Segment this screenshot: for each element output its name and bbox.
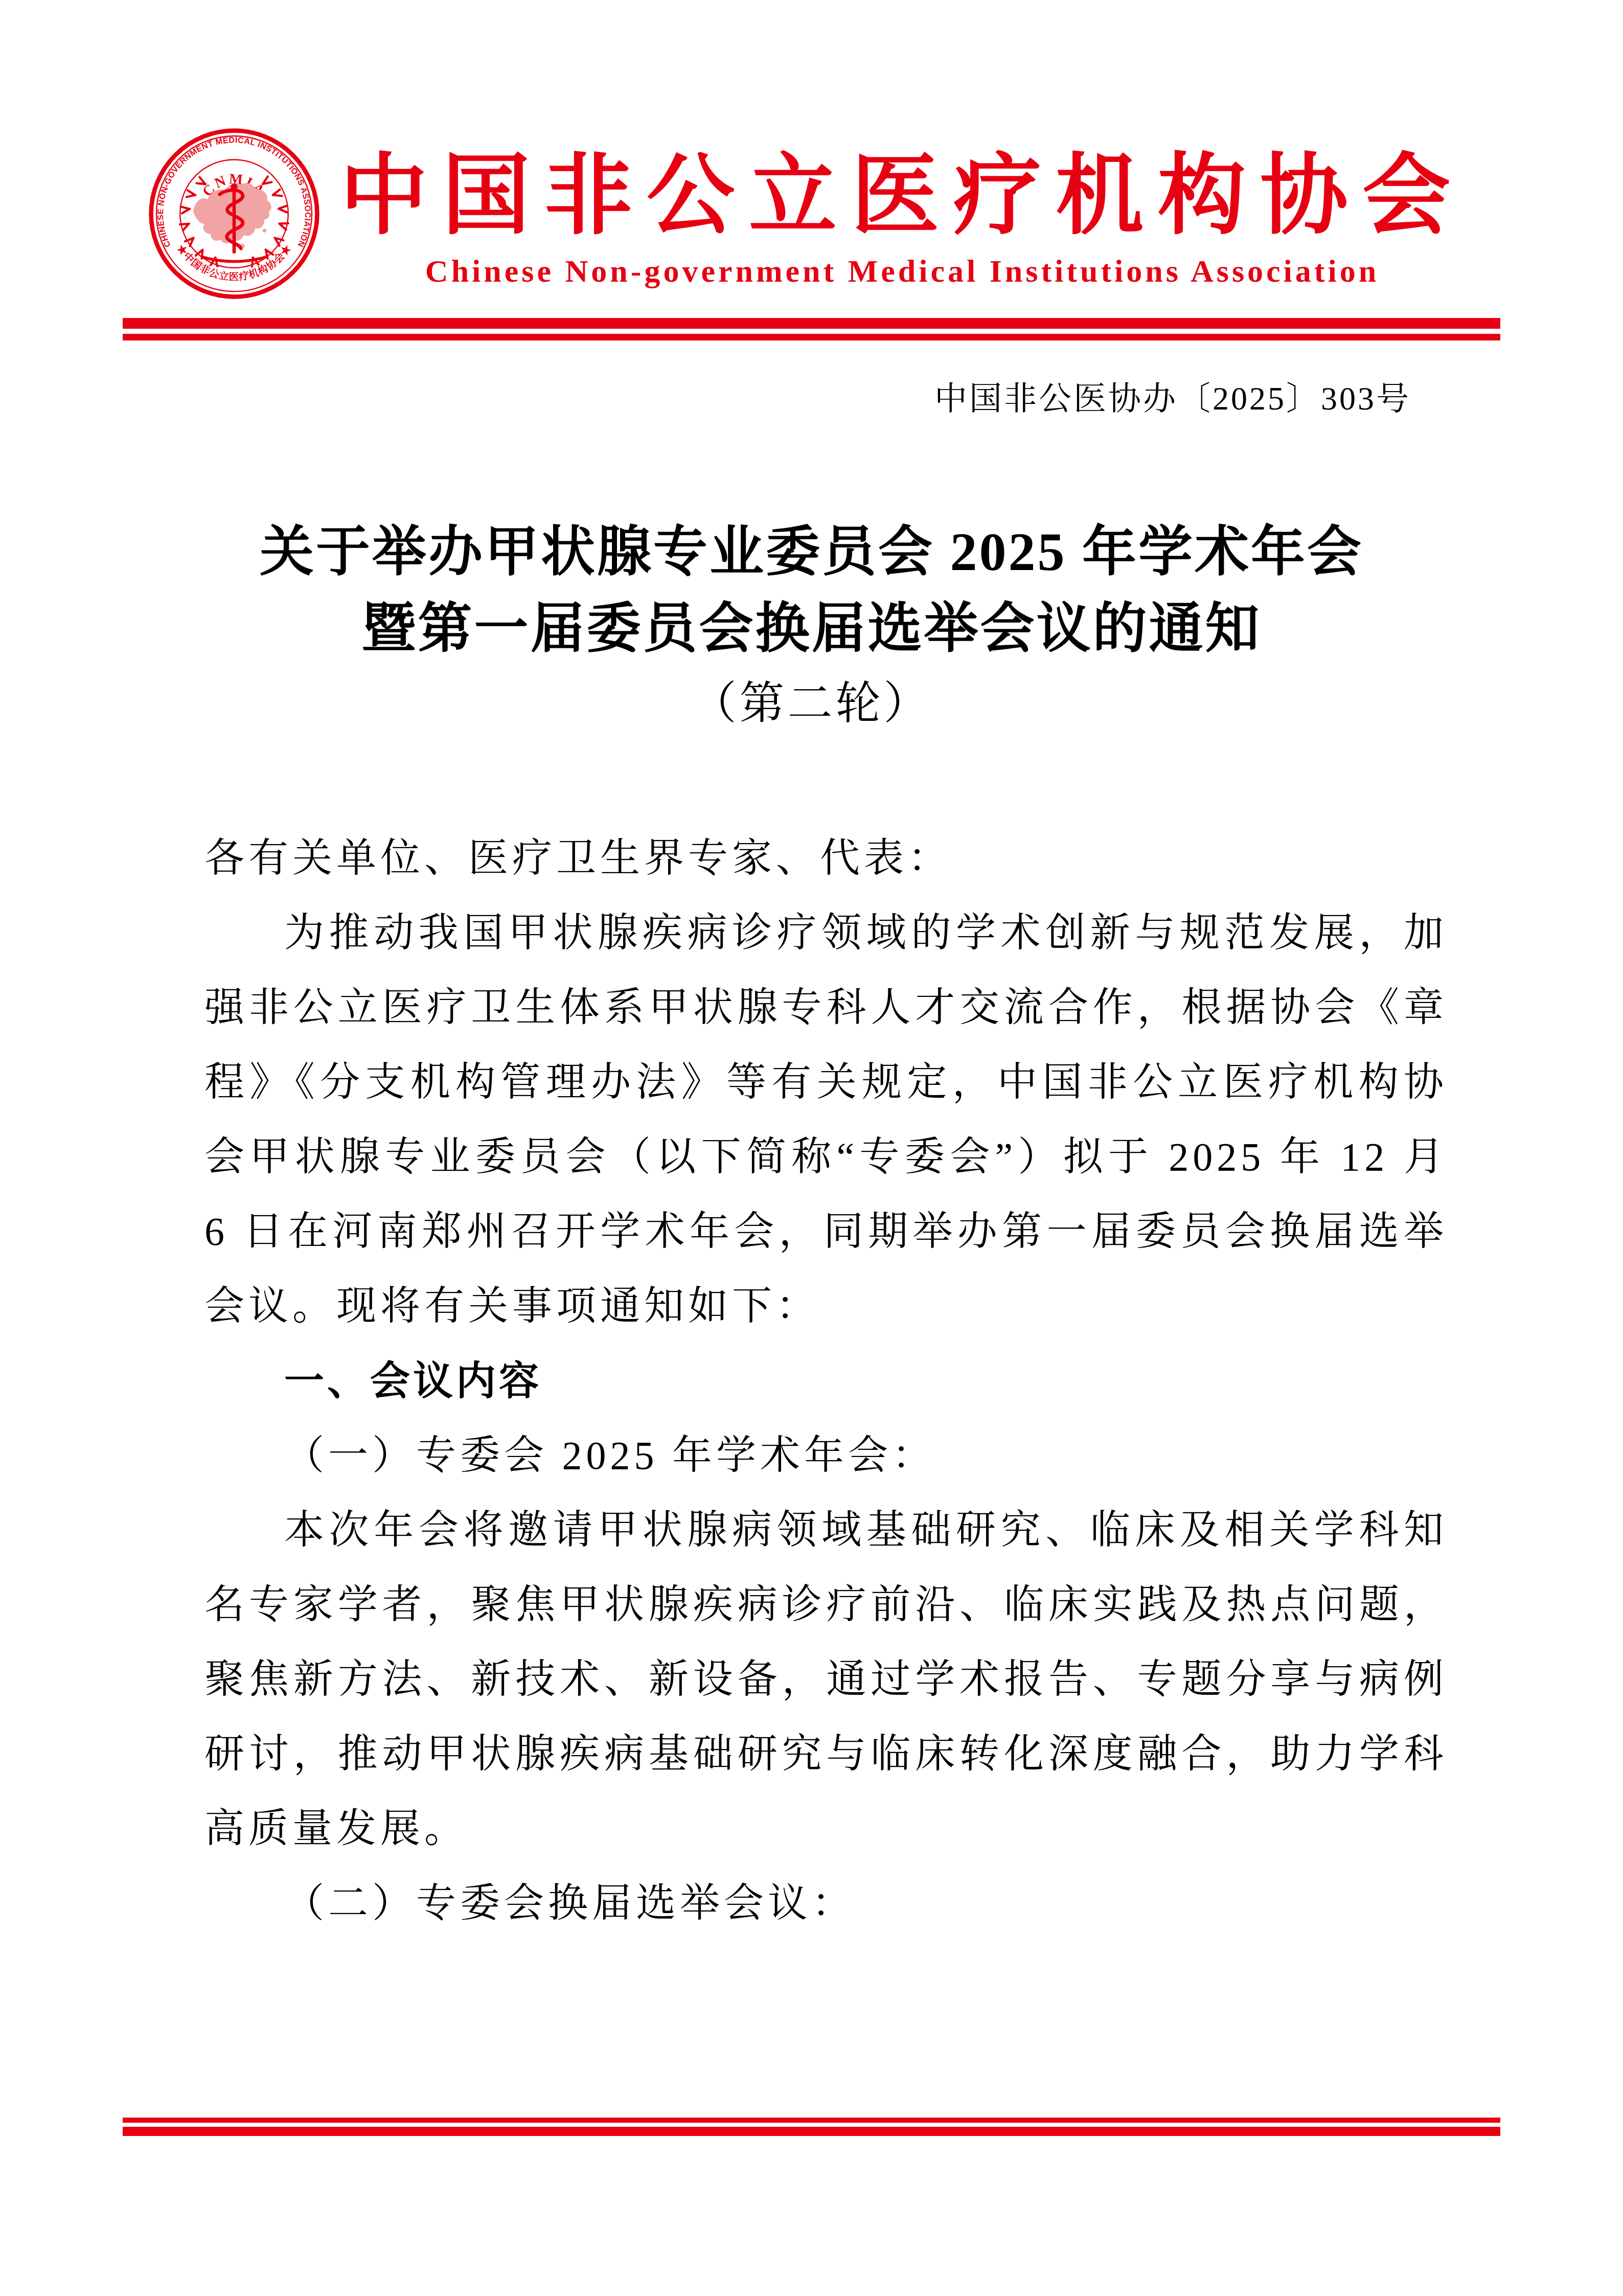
document-title: 关于举办甲状腺专业委员会 2025 年学术年会 暨第一届委员会换届选举会议的通知… bbox=[0, 514, 1623, 735]
bottom-rule-thin bbox=[123, 2118, 1500, 2123]
document-number: 中国非公医协办〔2025〕303号 bbox=[934, 379, 1411, 419]
section-heading-1: 一、会议内容 bbox=[204, 1344, 1448, 1418]
association-name-cn: 中国非公立医疗机构协会 bbox=[322, 152, 1482, 240]
item-1-body: 本次年会将邀请甲状腺病领域基础研究、临床及相关学科知名专家学者，聚焦甲状腺疾病诊… bbox=[204, 1493, 1448, 1866]
top-rule-thick bbox=[123, 318, 1500, 329]
association-seal-logo: CHINESE NON-GOVERNMENT MEDICAL INSTITUTI… bbox=[147, 127, 321, 301]
salutation: 各有关单位、医疗卫生界专家、代表： bbox=[204, 821, 1448, 896]
document-title-line1: 关于举办甲状腺专业委员会 2025 年学术年会 bbox=[0, 514, 1623, 590]
masthead: 中国非公立医疗机构协会 Chinese Non-government Medic… bbox=[322, 152, 1482, 287]
bottom-rule-thick bbox=[123, 2127, 1500, 2136]
item-2-heading: （二）专委会换届选举会议： bbox=[204, 1866, 1448, 1941]
document-title-line2: 暨第一届委员会换届选举会议的通知 bbox=[0, 590, 1623, 667]
paragraph-intro: 为推动我国甲状腺疾病诊疗领域的学术创新与规范发展，加强非公立医疗卫生体系甲状腺专… bbox=[204, 896, 1448, 1344]
document-page: CHINESE NON-GOVERNMENT MEDICAL INSTITUTI… bbox=[0, 0, 1623, 2296]
china-map-taiwan bbox=[263, 229, 267, 233]
association-name-en: Chinese Non-government Medical Instituti… bbox=[322, 256, 1482, 287]
document-title-round: （第二轮） bbox=[0, 673, 1623, 735]
document-body: 各有关单位、医疗卫生界专家、代表： 为推动我国甲状腺疾病诊疗领域的学术创新与规范… bbox=[204, 821, 1448, 1941]
top-rule-thin bbox=[123, 334, 1500, 340]
item-1-heading: （一）专委会 2025 年学术年会： bbox=[204, 1418, 1448, 1493]
